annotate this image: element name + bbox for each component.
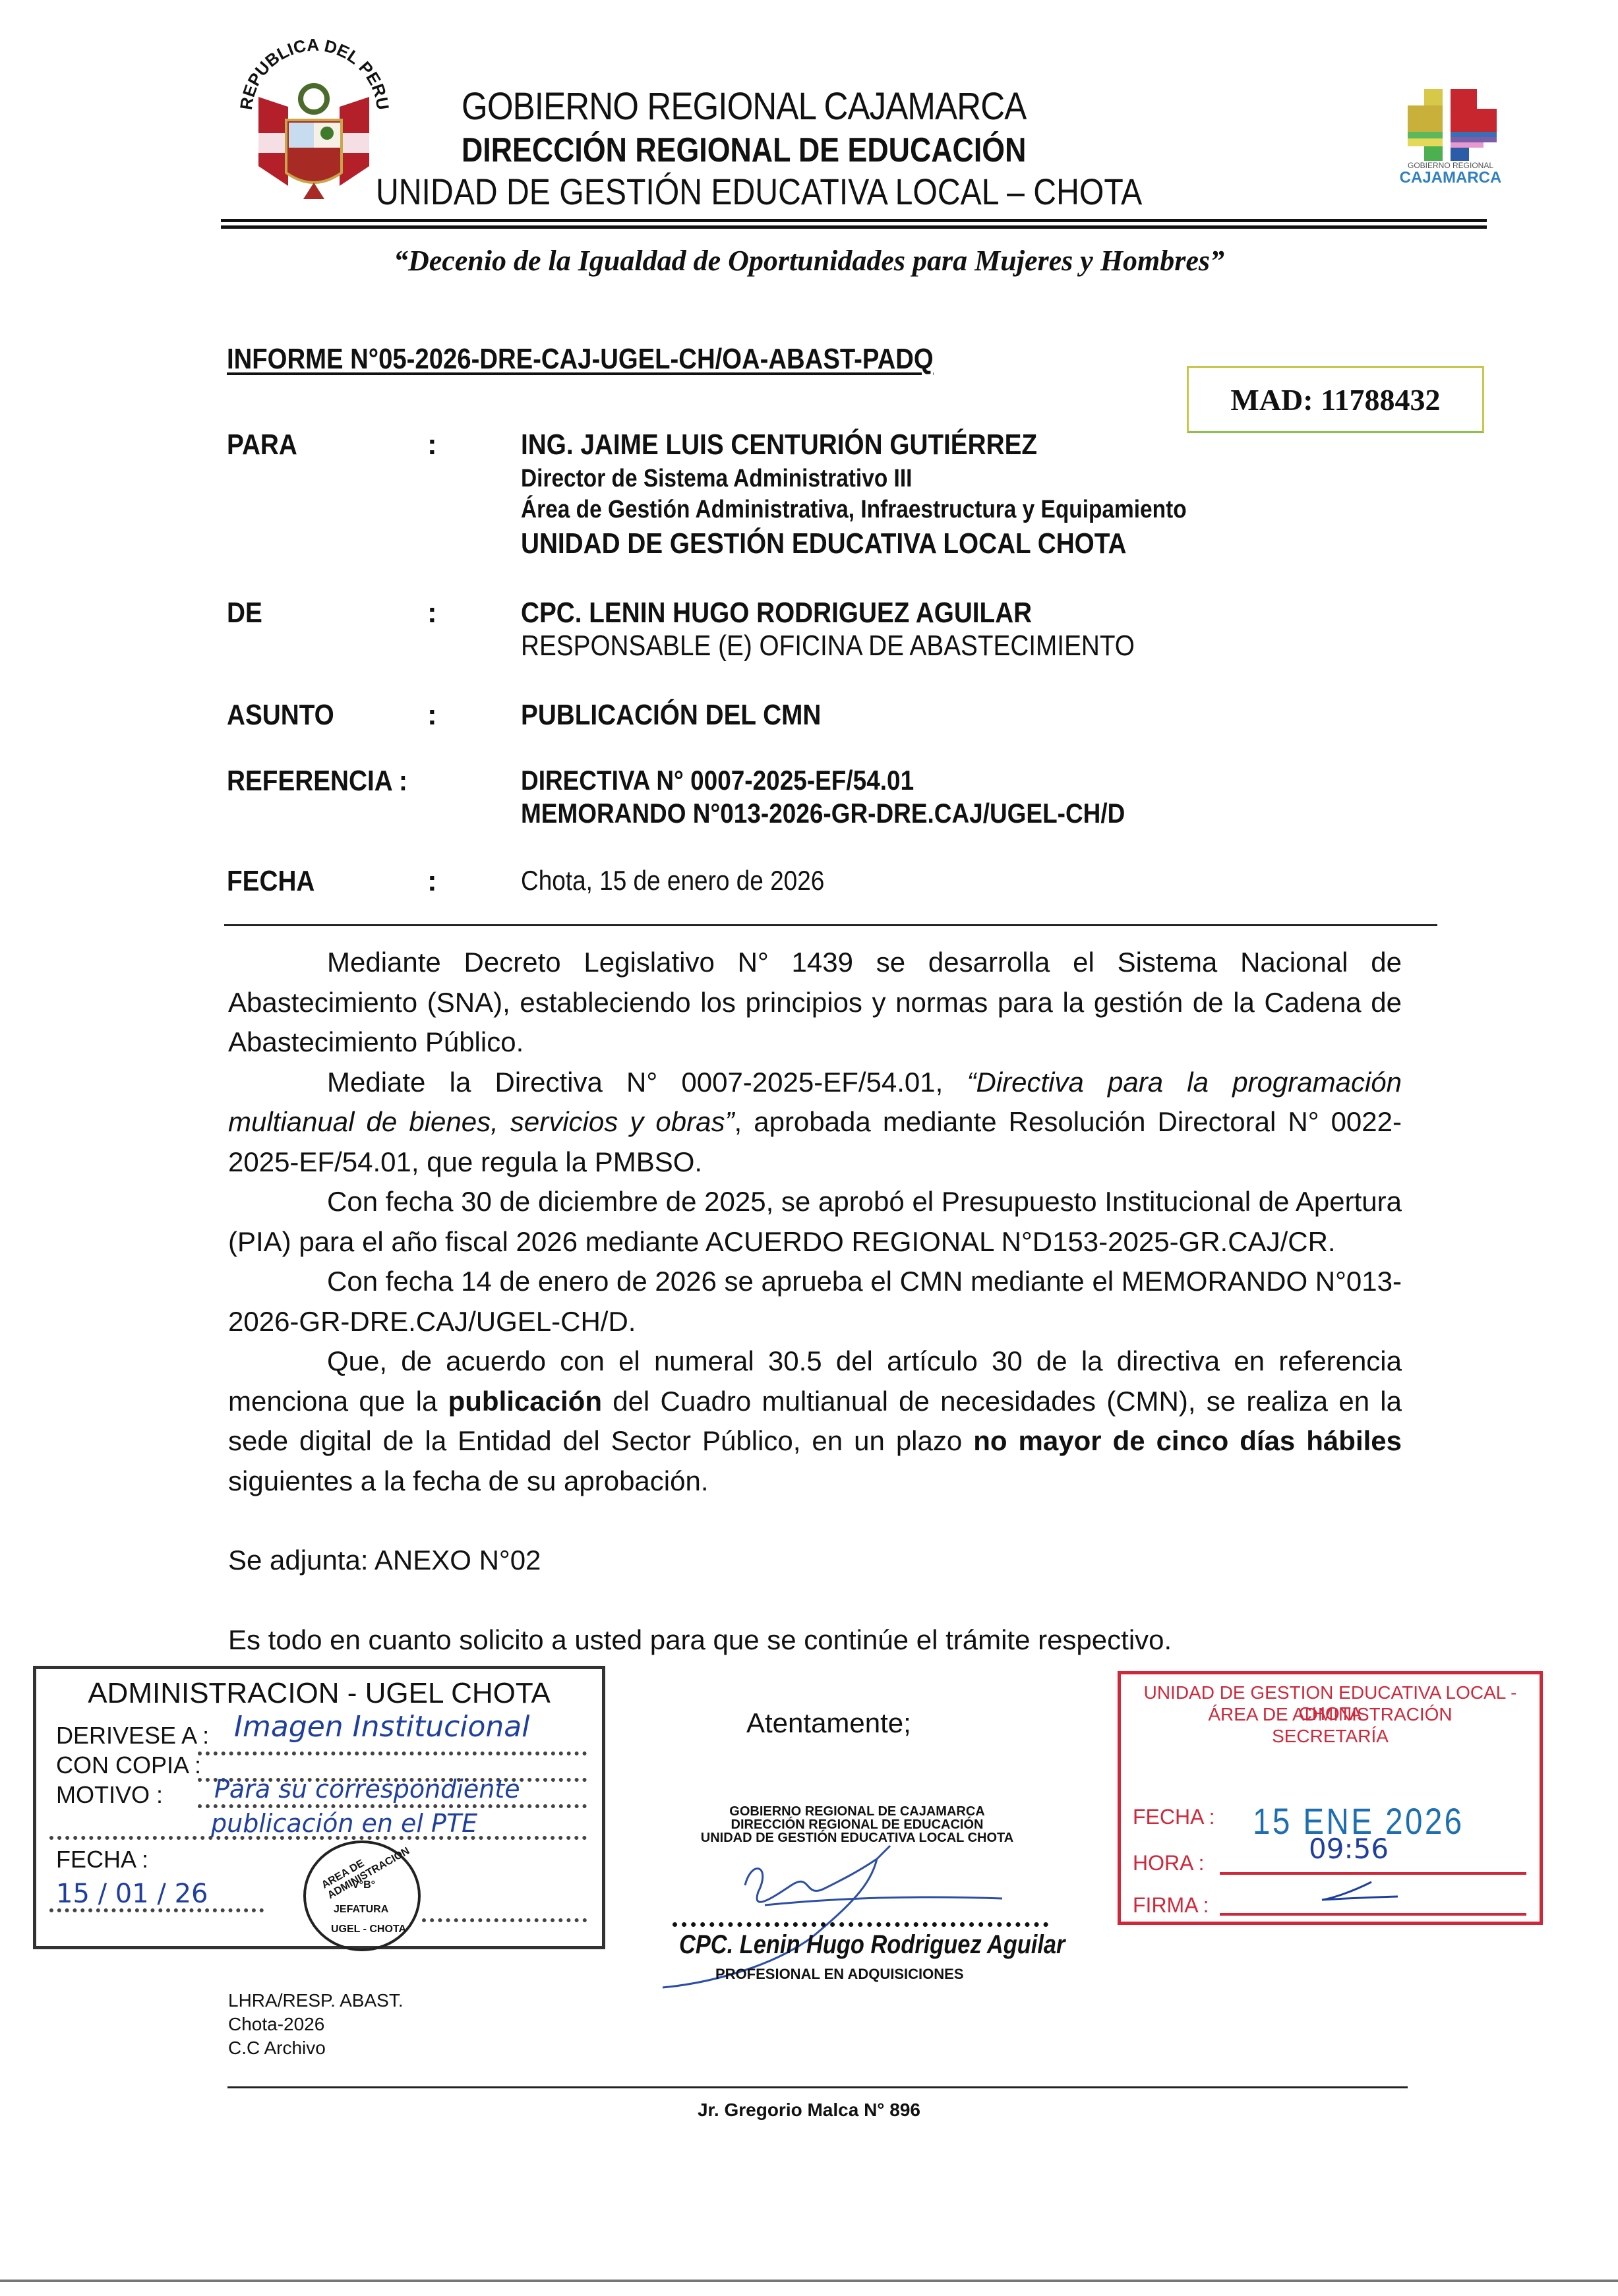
paragraph-5: Que, de acuerdo con el numeral 30.5 del … bbox=[228, 1341, 1402, 1501]
document-body: Mediante Decreto Legislativo N° 1439 se … bbox=[228, 943, 1402, 1660]
header-divider-top bbox=[221, 219, 1487, 222]
attachment-note: Se adjunta: ANEXO N°02 bbox=[228, 1541, 1402, 1581]
informe-number: INFORME N°05-2026-DRE-CAJ-UGEL-CH/OA-ABA… bbox=[227, 343, 934, 376]
emphasis-publicacion: publicación bbox=[448, 1386, 602, 1417]
fecha-handwritten: 15 / 01 / 26 bbox=[56, 1879, 208, 1909]
motivo-dotted-line-2 bbox=[49, 1836, 587, 1840]
asunto-value: PUBLICACIÓN DEL CMN bbox=[521, 699, 821, 732]
derivese-dotted-line bbox=[198, 1751, 587, 1755]
paragraph-1: Mediante Decreto Legislativo N° 1439 se … bbox=[228, 943, 1402, 1063]
seal-text-top: AREA DE ADMINISTRACION bbox=[320, 1832, 417, 1902]
stamp-sec-line-2: ÁREA DE ADMINISTRACIÓN bbox=[1121, 1704, 1540, 1725]
secretaria-reception-stamp: UNIDAD DE GESTION EDUCATIVA LOCAL - CHOT… bbox=[1118, 1671, 1543, 1925]
para-label: PARA bbox=[227, 428, 297, 461]
derivese-handwritten: Imagen Institucional bbox=[234, 1710, 530, 1744]
asunto-label: ASUNTO bbox=[227, 699, 334, 732]
jefatura-round-seal: AREA DE ADMINISTRACION V°B° JEFATURA UGE… bbox=[303, 1840, 421, 1951]
fecha-colon: : bbox=[427, 865, 437, 898]
signature-org-line-1: GOBIERNO REGIONAL DE CAJAMARCA bbox=[673, 1805, 1042, 1818]
motivo-handwritten-2: publicación en el PTE bbox=[211, 1809, 477, 1838]
stamp-sec-fecha-label: FECHA : bbox=[1133, 1805, 1214, 1829]
paragraph-3: Con fecha 30 de diciembre de 2025, se ap… bbox=[228, 1182, 1402, 1262]
ref-copy-archive: C.C Archivo bbox=[228, 2036, 404, 2060]
para-area: Área de Gestión Administrativa, Infraest… bbox=[521, 496, 1187, 524]
stamp-sec-hora-line bbox=[1220, 1872, 1526, 1875]
stamp-sec-hora-value: 09:56 bbox=[1309, 1833, 1389, 1865]
fecha-label: FECHA bbox=[227, 865, 315, 898]
paragraph-4: Con fecha 14 de enero de 2026 se aprueba… bbox=[228, 1262, 1402, 1341]
stamp-admin-title: ADMINISTRACION - UGEL CHOTA bbox=[36, 1677, 602, 1710]
de-position: RESPONSABLE (E) OFICINA DE ABASTECIMIENT… bbox=[521, 630, 1135, 662]
para-name: ING. JAIME LUIS CENTURIÓN GUTIÉRREZ bbox=[521, 428, 1037, 461]
gobierno-regional-cajamarca-logo: GOBIERNO REGIONAL CAJAMARCA bbox=[1371, 69, 1530, 185]
svg-text:CAJAMARCA: CAJAMARCA bbox=[1400, 169, 1502, 185]
motivo-dotted-line bbox=[198, 1804, 587, 1808]
asunto-colon: : bbox=[427, 699, 437, 732]
referencia-directiva: DIRECTIVA N° 0007-2025-EF/54.01 bbox=[521, 765, 914, 796]
paragraph-2: Mediate la Directiva N° 0007-2025-EF/54.… bbox=[228, 1063, 1402, 1183]
de-label: DE bbox=[227, 597, 262, 630]
scan-page-edge bbox=[0, 2280, 1618, 2282]
reference-initials: LHRA/RESP. ABAST. Chota-2026 C.C Archivo bbox=[228, 1989, 404, 2060]
para-colon: : bbox=[427, 428, 437, 461]
fecha-value: Chota, 15 de enero de 2026 bbox=[521, 865, 824, 897]
stamp-sec-firma-line bbox=[1220, 1913, 1526, 1916]
fecha-dotted-line bbox=[49, 1908, 264, 1912]
para-unit: UNIDAD DE GESTIÓN EDUCATIVA LOCAL CHOTA bbox=[521, 527, 1127, 560]
con-copia-label: CON COPIA : bbox=[56, 1751, 201, 1779]
paragraph-2-text: Mediate la Directiva N° 0007-2025-EF/54.… bbox=[327, 1067, 967, 1098]
closing-salutation: Atentamente; bbox=[746, 1707, 911, 1739]
stamp-sec-initials-icon bbox=[1319, 1879, 1404, 1905]
header-line-direccion: DIRECCIÓN REGIONAL DE EDUCACIÓN bbox=[462, 131, 1026, 170]
seal-vobo: V°B° bbox=[352, 1879, 375, 1891]
signature-org-line-2: DIRECCIÓN REGIONAL DE EDUCACIÓN bbox=[673, 1818, 1042, 1831]
emphasis-plazo: no mayor de cinco días hábiles bbox=[973, 1425, 1402, 1456]
header-fields-divider bbox=[224, 924, 1437, 926]
de-name: CPC. LENIN HUGO RODRIGUEZ AGUILAR bbox=[521, 597, 1032, 630]
signature-dotted-line bbox=[673, 1922, 1048, 1927]
de-colon: : bbox=[427, 597, 437, 630]
motivo-label: MOTIVO : bbox=[56, 1781, 163, 1809]
derivese-label: DERIVESE A : bbox=[56, 1722, 209, 1750]
office-address: Jr. Gregorio Malca N° 896 bbox=[0, 2100, 1618, 2121]
mad-tracking-box: MAD: 11788432 bbox=[1187, 366, 1484, 433]
signer-role: PROFESIONAL EN ADQUISICIONES bbox=[715, 1966, 964, 1983]
peru-coat-of-arms-logo: REPUBLICA DEL PERU bbox=[232, 34, 396, 207]
administration-stamp: ADMINISTRACION - UGEL CHOTA DERIVESE A :… bbox=[33, 1666, 605, 1949]
seal-text-bottom: UGEL - CHOTA bbox=[331, 1924, 406, 1935]
para-position: Director de Sistema Administrativo III bbox=[521, 465, 912, 493]
paragraph-5-text-end: siguientes a la fecha de su aprobación. bbox=[228, 1465, 709, 1496]
mad-number: MAD: 11788432 bbox=[1230, 382, 1440, 417]
ref-city-year: Chota-2026 bbox=[228, 2013, 404, 2036]
footer-divider bbox=[227, 2086, 1408, 2088]
stamp-sec-line-3: SECRETARÍA bbox=[1121, 1726, 1540, 1747]
seal-jefatura: JEFATURA bbox=[334, 1904, 388, 1916]
firma-dotted-line bbox=[422, 1918, 587, 1922]
decade-motto: “Decenio de la Igualdad de Oportunidades… bbox=[0, 244, 1618, 278]
motivo-handwritten-1: Para su correspondiente bbox=[214, 1775, 520, 1804]
header-divider-bottom bbox=[221, 225, 1487, 229]
stamp-sec-hora-label: HORA : bbox=[1133, 1851, 1204, 1875]
ref-initials: LHRA/RESP. ABAST. bbox=[228, 1989, 404, 2013]
stamp-sec-firma-label: FIRMA : bbox=[1133, 1893, 1209, 1918]
header-line-gobierno: GOBIERNO REGIONAL CAJAMARCA bbox=[462, 84, 1026, 129]
fecha-stamp-label: FECHA : bbox=[56, 1846, 148, 1873]
referencia-memorando: MEMORANDO N°013-2026-GR-DRE.CAJ/UGEL-CH/… bbox=[521, 798, 1125, 829]
header-line-ugel: UNIDAD DE GESTIÓN EDUCATIVA LOCAL – CHOT… bbox=[376, 170, 1142, 213]
signer-name: CPC. Lenin Hugo Rodriguez Aguilar bbox=[679, 1930, 1065, 1960]
referencia-label: REFERENCIA : bbox=[227, 765, 407, 798]
closing-sentence: Es todo en cuanto solicito a usted para … bbox=[228, 1620, 1402, 1661]
